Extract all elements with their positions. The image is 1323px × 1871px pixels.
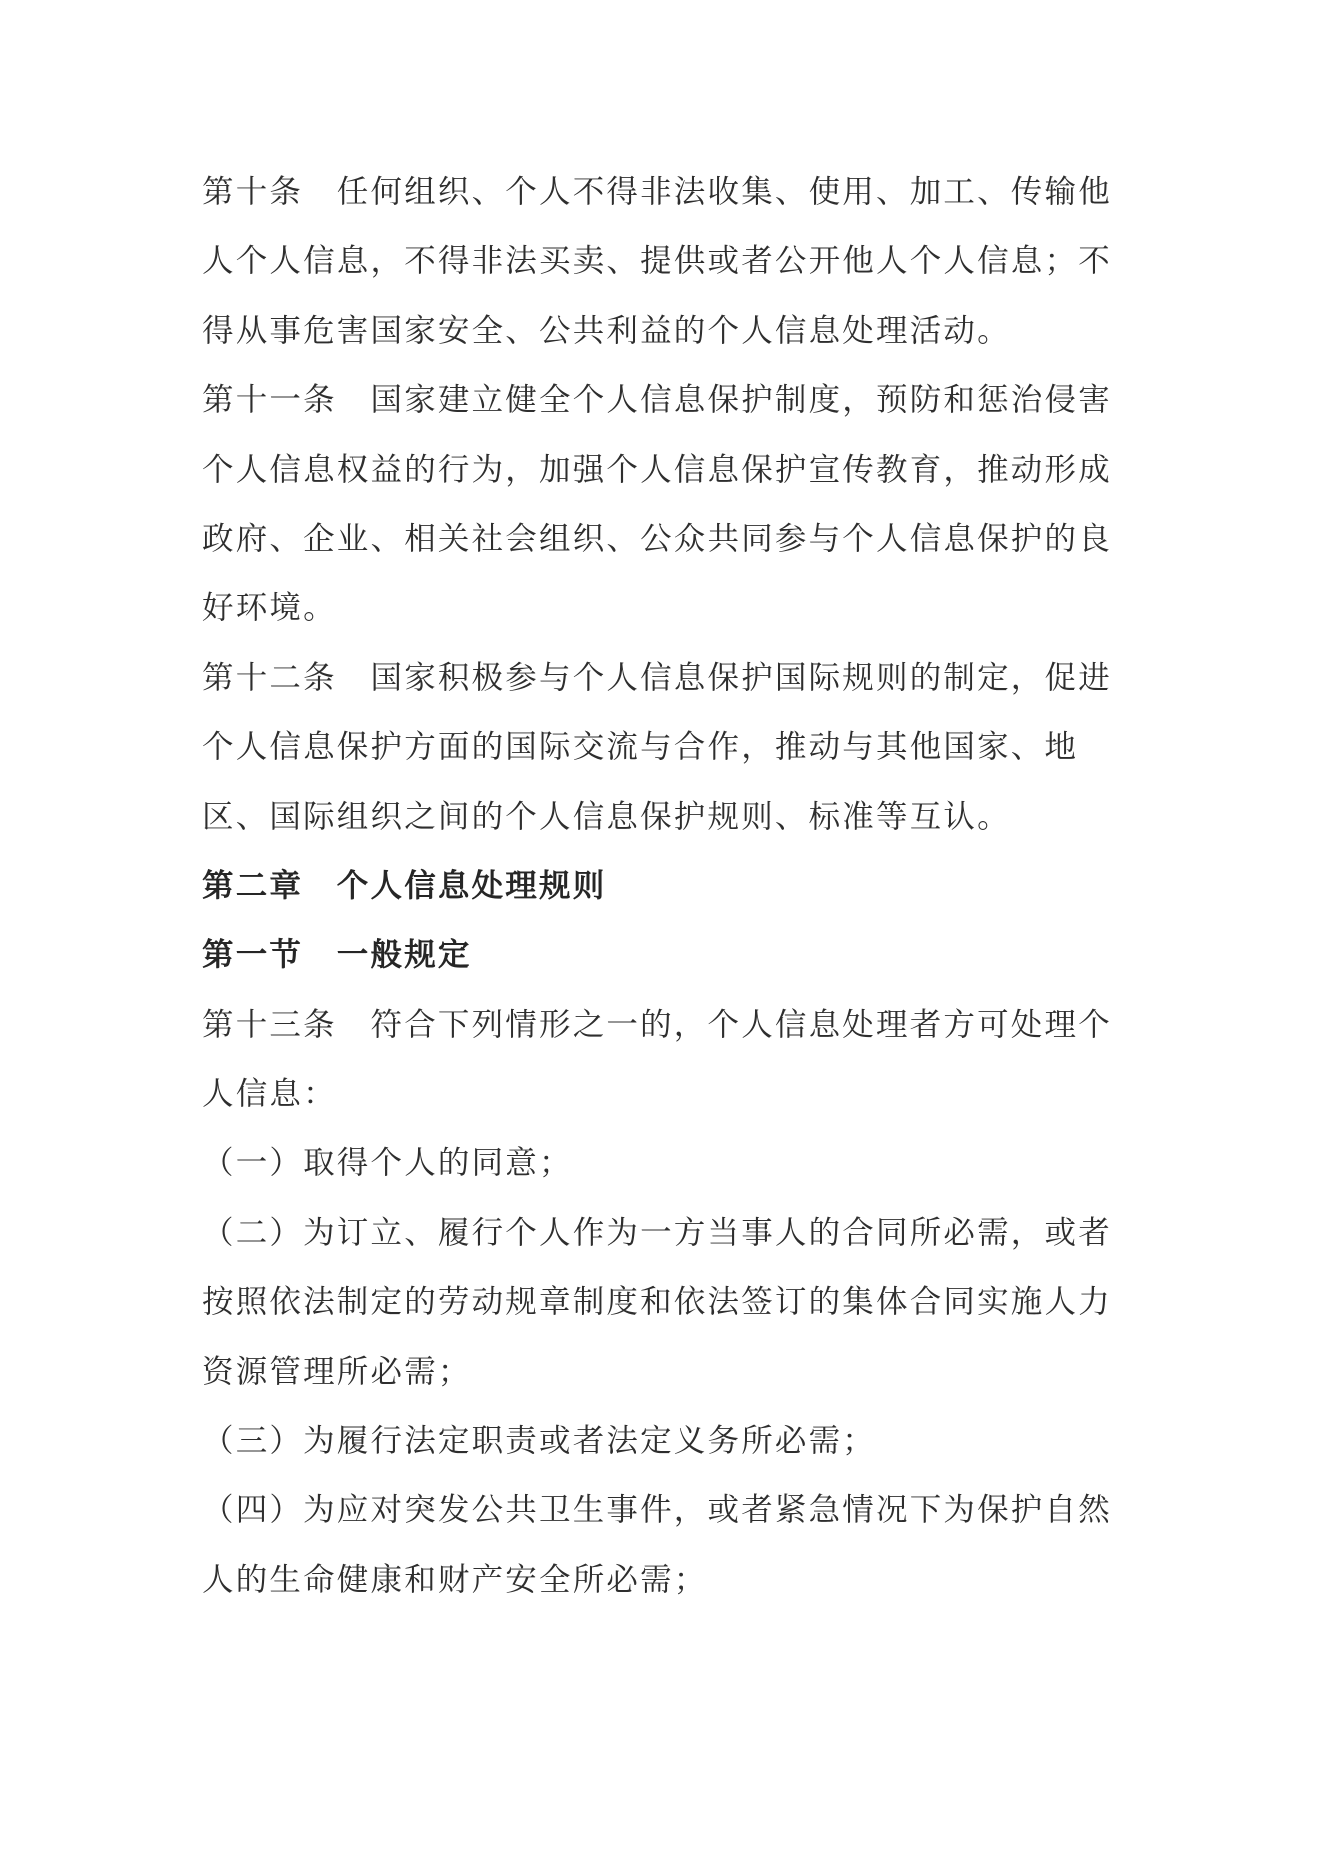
article-10-line: 人个人信息，不得非法买卖、提供或者公开他人个人信息；不 bbox=[202, 226, 1122, 295]
article-12-line: 个人信息保护方面的国际交流与合作，推动与其他国家、地 bbox=[202, 712, 1122, 781]
chapter-2-heading: 第二章 个人信息处理规则 bbox=[202, 851, 1122, 920]
article-12-line: 第十二条 国家积极参与个人信息保护国际规则的制定，促进 bbox=[202, 643, 1122, 712]
article-10-line: 得从事危害国家安全、公共利益的个人信息处理活动。 bbox=[202, 296, 1122, 365]
article-13-item-2-line: （二）为订立、履行个人作为一方当事人的合同所必需，或者 bbox=[202, 1198, 1122, 1267]
article-13-item-4-line: 人的生命健康和财产安全所必需； bbox=[202, 1545, 1122, 1614]
article-13-item-1: （一）取得个人的同意； bbox=[202, 1128, 1122, 1197]
article-11-line: 个人信息权益的行为，加强个人信息保护宣传教育，推动形成 bbox=[202, 435, 1122, 504]
article-13-item-4-line: （四）为应对突发公共卫生事件，或者紧急情况下为保护自然 bbox=[202, 1475, 1122, 1544]
article-13-line: 第十三条 符合下列情形之一的，个人信息处理者方可处理个 bbox=[202, 990, 1122, 1059]
article-11-line: 好环境。 bbox=[202, 573, 1122, 642]
document-page: 第十条 任何组织、个人不得非法收集、使用、加工、传输他 人个人信息，不得非法买卖… bbox=[0, 0, 1323, 1871]
article-12-line: 区、国际组织之间的个人信息保护规则、标准等互认。 bbox=[202, 782, 1122, 851]
article-10-line: 第十条 任何组织、个人不得非法收集、使用、加工、传输他 bbox=[202, 157, 1122, 226]
article-13-item-2-line: 按照依法制定的劳动规章制度和依法签订的集体合同实施人力 bbox=[202, 1267, 1122, 1336]
article-13-line: 人信息： bbox=[202, 1059, 1122, 1128]
article-13-item-2-line: 资源管理所必需； bbox=[202, 1337, 1122, 1406]
section-1-heading: 第一节 一般规定 bbox=[202, 920, 1122, 989]
article-11-line: 第十一条 国家建立健全个人信息保护制度，预防和惩治侵害 bbox=[202, 365, 1122, 434]
article-13-item-3: （三）为履行法定职责或者法定义务所必需； bbox=[202, 1406, 1122, 1475]
document-text-block: 第十条 任何组织、个人不得非法收集、使用、加工、传输他 人个人信息，不得非法买卖… bbox=[202, 157, 1122, 1614]
article-11-line: 政府、企业、相关社会组织、公众共同参与个人信息保护的良 bbox=[202, 504, 1122, 573]
